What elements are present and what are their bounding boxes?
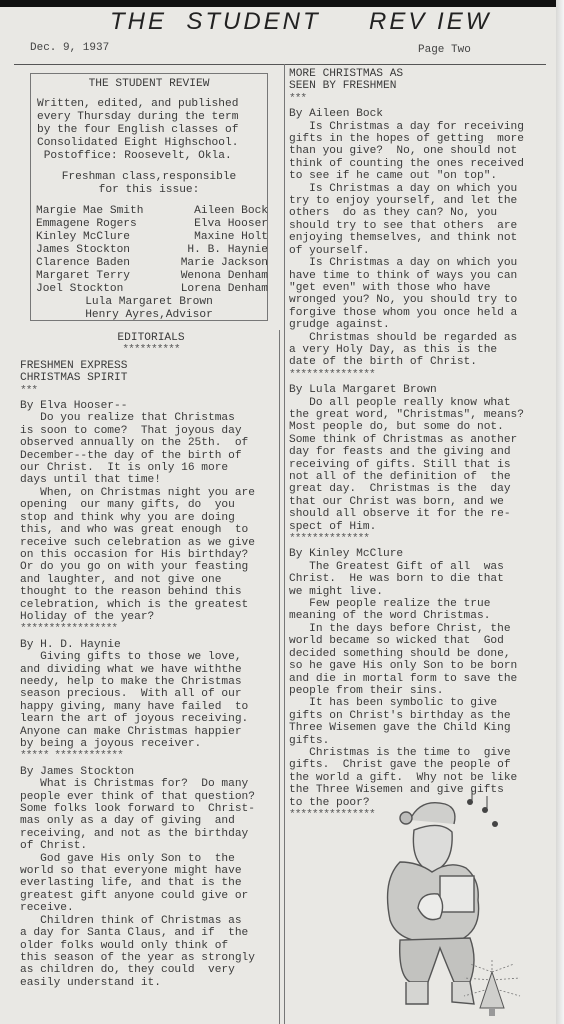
christmas-tree-icon bbox=[462, 960, 522, 1020]
staff-name: Aileen Bock bbox=[158, 205, 268, 218]
article-byline: By Kinley McClure bbox=[289, 548, 557, 560]
article-byline: By H. D. Haynie bbox=[20, 639, 282, 651]
article: By Lula Margaret Brown Do all people rea… bbox=[289, 384, 557, 545]
staff-name: Margaret Terry bbox=[36, 270, 158, 283]
staff-name: Clarence Baden bbox=[36, 257, 158, 270]
staff-name: Marie Jackson bbox=[158, 257, 268, 270]
article-body: What is Christmas for? Do many people ev… bbox=[20, 778, 282, 989]
newspaper-masthead: THE STUDENT REV IEW bbox=[110, 8, 470, 36]
staff-name: Emmagene Rogers bbox=[36, 218, 158, 231]
staff-list: Margie Mae SmithAileen Bock Emmagene Rog… bbox=[36, 205, 267, 296]
header-rule bbox=[14, 64, 546, 65]
staff-name: Lorena Denham bbox=[158, 283, 268, 296]
staff-name: Maxine Holt bbox=[158, 231, 268, 244]
article: By James Stockton What is Christmas for?… bbox=[20, 766, 282, 989]
staff-name: Elva Hooser bbox=[158, 218, 268, 231]
section-stars: ********** bbox=[20, 344, 282, 356]
headline: MORE CHRISTMAS AS SEEN BY FRESHMEN bbox=[289, 68, 557, 93]
article: By Elva Hooser-- Do you realize that Chr… bbox=[20, 400, 282, 636]
publication-description: Written, edited, and published every Thu… bbox=[37, 98, 267, 163]
scan-top-edge bbox=[0, 0, 564, 7]
responsible-class: Freshman class,responsible for this issu… bbox=[31, 171, 267, 197]
column-divider bbox=[284, 64, 285, 1024]
article-separator: ***** ************ bbox=[20, 750, 282, 762]
article: By H. D. Haynie Giving gifts to those we… bbox=[20, 639, 282, 763]
section-title: EDITORIALS bbox=[20, 332, 282, 344]
article-body: The Greatest Gift of all was Christ. He … bbox=[289, 561, 557, 809]
staff-name: Wenona Denham bbox=[158, 270, 268, 283]
scan-right-edge bbox=[556, 0, 564, 1024]
headline: FRESHMEN EXPRESS CHRISTMAS SPIRIT bbox=[20, 360, 282, 385]
issue-date: Dec. 9, 1937 bbox=[30, 42, 109, 54]
staff-name: Margie Mae Smith bbox=[36, 205, 158, 218]
article-body: Do you realize that Christmas is soon to… bbox=[20, 412, 282, 623]
article-byline: By Lula Margaret Brown bbox=[289, 384, 557, 396]
article-byline: By Aileen Bock bbox=[289, 108, 557, 120]
right-column: MORE CHRISTMAS AS SEEN BY FRESHMEN *** B… bbox=[289, 68, 557, 821]
staff-name: James Stockton bbox=[36, 244, 158, 257]
article-body: Is Christmas a day for receiving gifts i… bbox=[289, 121, 557, 369]
article-separator: *************** bbox=[289, 369, 557, 381]
article-separator: ************** bbox=[289, 533, 557, 545]
left-column: EDITORIALS ********** FRESHMEN EXPRESS C… bbox=[20, 332, 282, 989]
page-number: Page Two bbox=[418, 44, 471, 56]
article-body: Do all people really know what the great… bbox=[289, 397, 557, 533]
staff-name: H. B. Haynie bbox=[158, 244, 268, 257]
article: By Kinley McClure The Greatest Gift of a… bbox=[289, 548, 557, 821]
article-byline: By James Stockton bbox=[20, 766, 282, 778]
article: By Aileen Bock Is Christmas a day for re… bbox=[289, 108, 557, 381]
staff-name: Kinley McClure bbox=[36, 231, 158, 244]
article-separator: ***************** bbox=[20, 623, 282, 635]
headline-stars: *** bbox=[20, 385, 282, 397]
staff-extra: Lula Margaret Brown Henry Ayres,Advisor bbox=[31, 296, 267, 322]
box-title: THE STUDENT REVIEW bbox=[31, 78, 267, 91]
headline-stars: *** bbox=[289, 93, 557, 105]
article-byline: By Elva Hooser-- bbox=[20, 400, 282, 412]
staff-name: Joel Stockton bbox=[36, 283, 158, 296]
masthead-box: THE STUDENT REVIEW Written, edited, and … bbox=[30, 73, 268, 321]
article-body: Giving gifts to those we love, and divid… bbox=[20, 651, 282, 750]
